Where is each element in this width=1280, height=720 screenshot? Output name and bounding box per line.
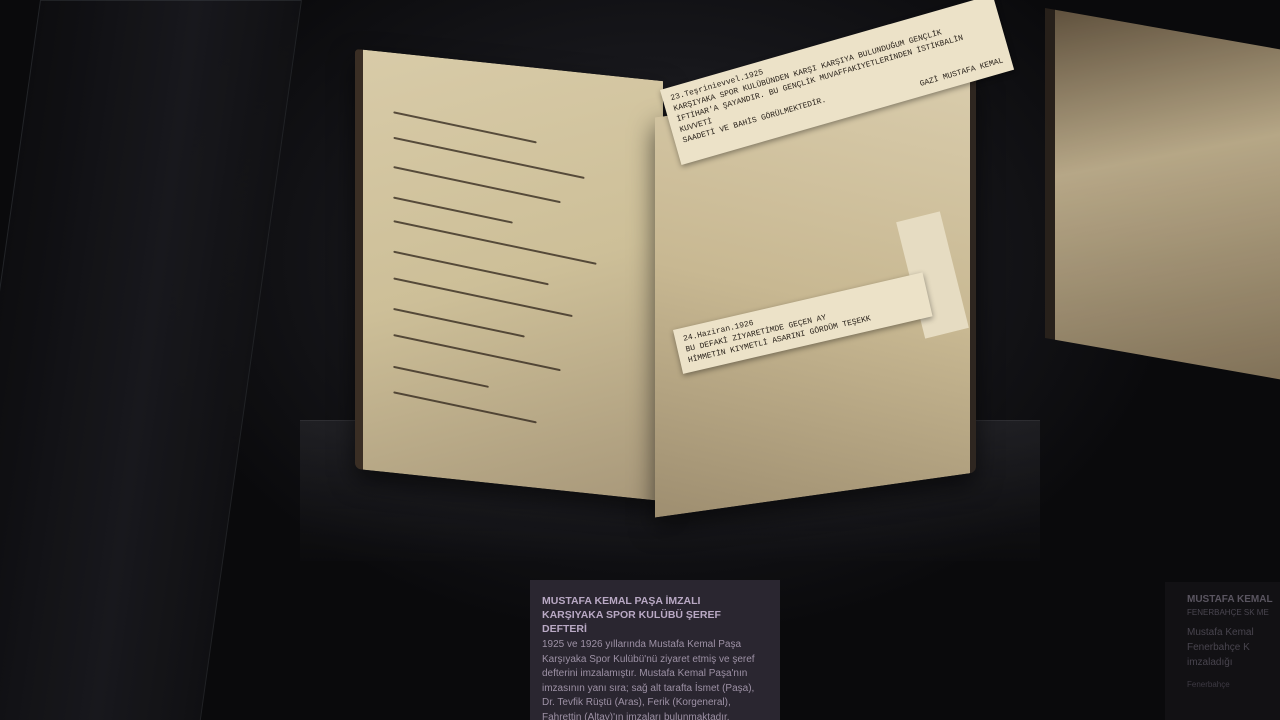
exhibit-label: MUSTAFA KEMAL PAŞA İMZALI KARŞIYAKA SPOR…	[530, 580, 780, 720]
side-label-title: MUSTAFA KEMAL	[1187, 594, 1280, 605]
left-page-handwritten	[355, 49, 663, 501]
label-body: 1925 ve 1926 yıllarında Mustafa Kemal Pa…	[542, 638, 766, 720]
ottoman-script-signatures	[393, 93, 633, 478]
adjacent-exhibit-label: MUSTAFA KEMAL FENERBAHÇE SK ME Mustafa K…	[1165, 582, 1280, 720]
side-label-line: Fenerbahçe K	[1187, 640, 1280, 655]
adjacent-book	[1045, 8, 1280, 382]
guestbook: 23.Teşrinievvel.1925 KARŞIYAKA SPOR KULÜ…	[355, 55, 975, 495]
label-title-line1: MUSTAFA KEMAL PAŞA İMZALI	[542, 594, 766, 608]
side-label-subtitle: FENERBAHÇE SK ME	[1187, 608, 1280, 617]
label-title-line2: KARŞIYAKA SPOR KULÜBÜ ŞEREF DEFTERİ	[542, 608, 766, 636]
side-label-line: imzaladığı	[1187, 655, 1280, 670]
side-label-footer: Fenerbahçe	[1187, 680, 1280, 689]
side-label-line: Mustafa Kemal	[1187, 625, 1280, 640]
